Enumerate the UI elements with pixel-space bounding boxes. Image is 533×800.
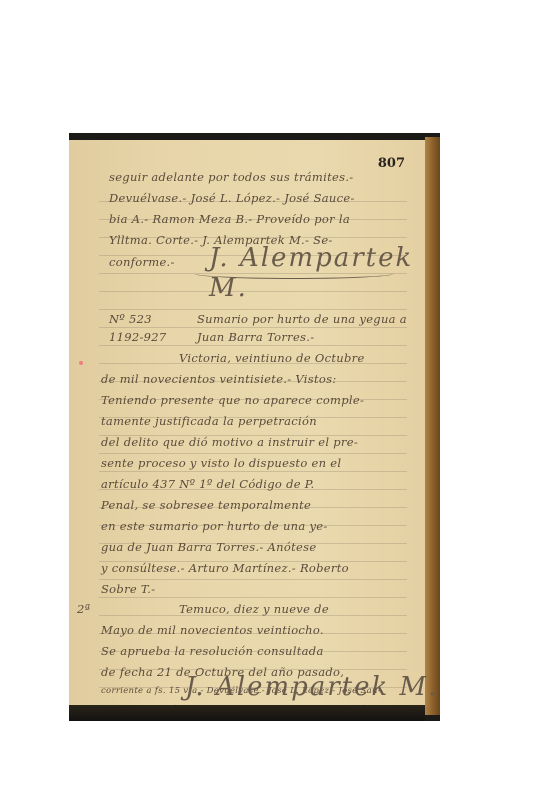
text-line: seguir adelante por todos sus trámites.- <box>109 170 353 184</box>
text-line: Sobre T.- <box>101 582 155 596</box>
entry-marker: 2ª <box>77 602 90 616</box>
text-line: sente proceso y visto lo dispuesto en el <box>101 456 341 470</box>
signature-flourish <box>194 268 394 279</box>
text-line: Se aprueba la resolución consultada <box>101 644 324 658</box>
signature: J. Alempartek M. <box>185 672 438 702</box>
ledger-photo: 807 seguir adelante por todos sus trámit… <box>69 133 440 721</box>
text-line: Mayo de mil novecientos veintiocho. <box>101 623 324 637</box>
text-line: y consúltese.- Arturo Martínez.- Roberto <box>101 561 349 575</box>
text-line: Victoria, veintiuno de Octubre <box>179 351 365 365</box>
text-line: del delito que dió motivo a instruir el … <box>101 435 358 449</box>
text-line: Teniendo presente que no aparece comple- <box>101 393 364 407</box>
page-bottom-shadow <box>69 705 425 721</box>
entry-title-line: Sumario por hurto de una yegua a <box>197 312 407 326</box>
text-line: gua de Juan Barra Torres.- Anótese <box>101 540 316 554</box>
text-line: artículo 437 Nº 1º del Código de P. <box>101 477 314 491</box>
text-line: de mil novecientos veintisiete.- Vistos: <box>101 372 337 386</box>
text-line: tamente justificada la perpetración <box>101 414 317 428</box>
text-line: Penal, se sobresee temporalmente <box>101 498 311 512</box>
text-line: conforme.- <box>109 255 175 269</box>
text-line: en este sumario por hurto de una ye- <box>101 519 328 533</box>
entry-number: Nº 523 <box>109 312 152 326</box>
page-number: 807 <box>378 156 405 171</box>
red-mark <box>79 361 83 365</box>
entry-reference: 1192-927 <box>109 330 167 344</box>
text-line: bia A.- Ramon Meza B.- Proveído por la <box>109 212 350 226</box>
book-edge <box>425 137 440 715</box>
text-line: Temuco, diez y nueve de <box>179 602 329 616</box>
ledger-page: 807 seguir adelante por todos sus trámit… <box>69 140 425 713</box>
text-line: Devuélvase.- José L. López.- José Sauce- <box>109 191 355 205</box>
entry-title-line: Juan Barra Torres.- <box>197 330 314 344</box>
